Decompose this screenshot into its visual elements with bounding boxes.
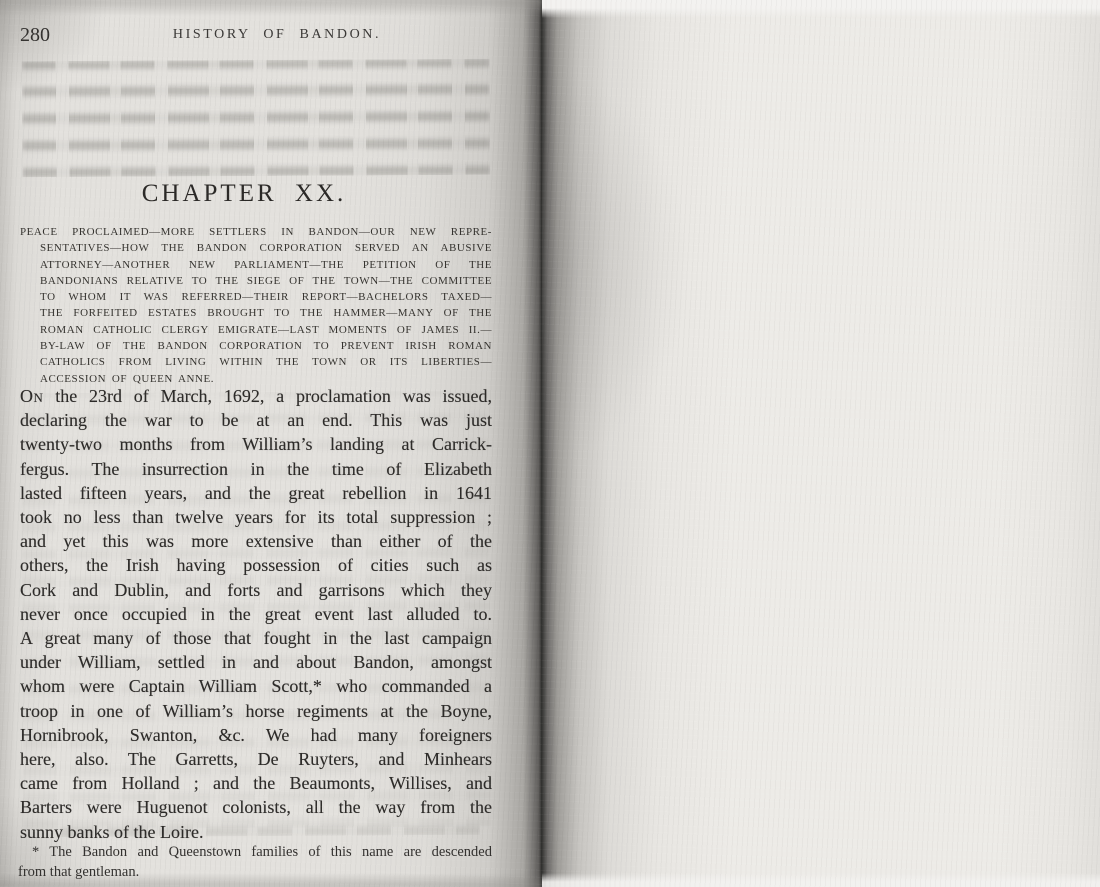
text-line: whom were Captain William Scott,* who co… [20,674,492,698]
text-line: CATHOLICS FROM LIVING WITHIN THE TOWN OR… [20,354,492,370]
text-line: here, also. The Garretts, De Ruyters, an… [20,747,492,771]
small-caps-lead: On [20,386,43,406]
text-line: twenty-two months from William’s landing… [20,432,492,456]
chapter-heading: CHAPTER XX. [18,180,470,208]
text-line: Barters were Huguenot colonists, all the… [20,795,492,819]
text-line: TO WHOM IT WAS REFERRED—THEIR REPORT—BAC… [20,289,492,305]
text-line: and yet this was more extensive than eit… [20,529,492,553]
text-line: ROMAN CATHOLIC CLERGY EMIGRATE—LAST MOME… [20,322,492,338]
text-line: under William, settled in and about Band… [20,650,492,674]
text-line: declaring the war to be at an end. This … [20,408,492,432]
bleed-through-ghost-text [22,59,491,177]
text-line: * The Bandon and Queenstown families of … [18,843,492,863]
text-line: Hornibrook, Swanton, &c. We had many for… [20,723,492,747]
text-line: sunny banks of the Loire. [20,820,492,844]
text-line: never once occupied in the great event l… [20,602,492,626]
text-line: SENTATIVES—HOW THE BANDON CORPORATION SE… [20,240,492,256]
text-line: came from Holland ; and the Beaumonts, W… [20,771,492,795]
chapter-summary: PEACE PROCLAIMED—MORE SETTLERS IN BANDON… [20,224,492,387]
text-line: THE FORFEITED ESTATES BROUGHT TO THE HAM… [20,305,492,321]
text-line: troop in one of William’s horse regiment… [20,699,492,723]
text-line: BY-LAW OF THE BANDON CORPORATION TO PREV… [20,338,492,354]
running-head-left: HISTORY OF BANDON. [40,27,514,43]
left-page: 280 HISTORY OF BANDON. CHAPTER XX. PEACE… [0,0,542,887]
text-line: ATTORNEY—ANOTHER NEW PARLIAMENT—THE PETI… [20,257,492,273]
text-line: lasted fifteen years, and the great rebe… [20,481,492,505]
text-line: from that gentleman. [18,863,492,883]
footnote: * The Bandon and Queenstown families of … [18,843,492,882]
body-text-left: On the 23rd of March, 1692, a proclamati… [20,384,492,844]
right-page: HISTORY OF BANDON. 281 On the 5th of Oct… [542,0,1100,887]
text-line: PEACE PROCLAIMED—MORE SETTLERS IN BANDON… [20,224,492,240]
text-line: On the 23rd of March, 1692, a proclamati… [20,384,492,408]
text-line: others, the Irish having possession of c… [20,553,492,577]
text-line: Cork and Dublin, and forts and garrisons… [20,578,492,602]
text-line: fergus. The insurrection in the time of … [20,457,492,481]
text-line: took no less than twelve years for its t… [20,505,492,529]
book-scan: 280 HISTORY OF BANDON. CHAPTER XX. PEACE… [0,0,1100,887]
text-line: BANDONIANS RELATIVE TO THE SIEGE OF THE … [20,273,492,289]
text-line: A great many of those that fought in the… [20,626,492,650]
